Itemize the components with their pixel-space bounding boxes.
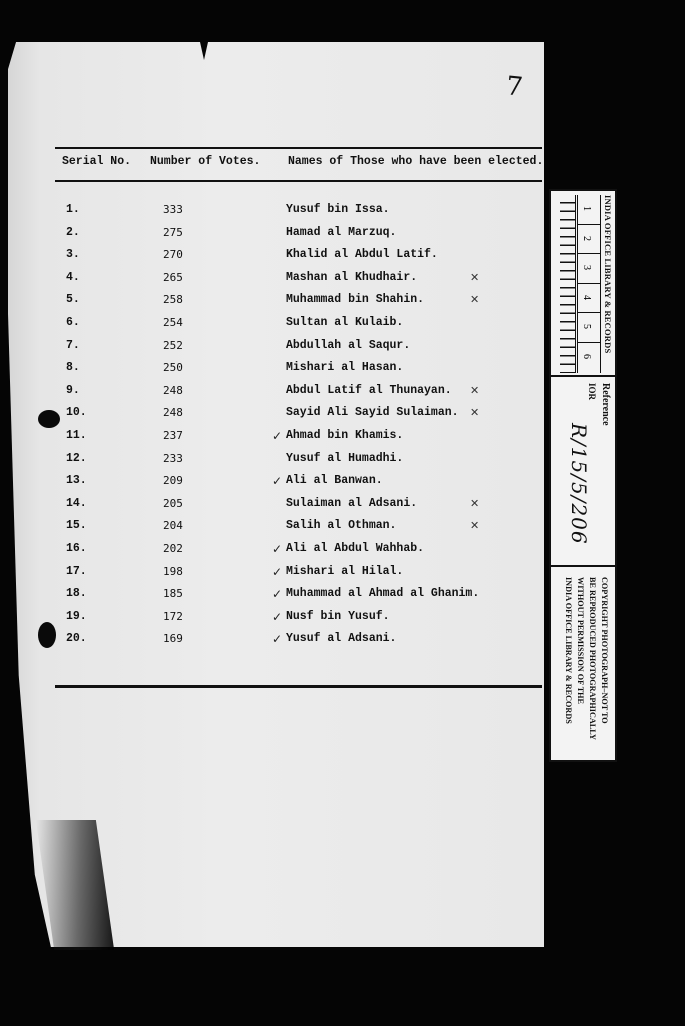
elected-name: Sulaiman al Adsani. — [286, 497, 417, 510]
elected-name: Abdul Latif al Thunayan. — [286, 384, 452, 397]
serial-number: 20. — [66, 632, 87, 645]
serial-number: 12. — [66, 452, 87, 465]
vote-count: 275 — [163, 226, 183, 239]
header-rule-bottom — [55, 180, 542, 182]
table-bottom-rule — [55, 685, 542, 688]
serial-number: 15. — [66, 519, 87, 532]
paper-tear — [200, 42, 208, 60]
serial-number: 16. — [66, 542, 87, 555]
elected-name: Yusuf bin Issa. — [286, 203, 390, 216]
ior-label: IOR — [587, 383, 597, 400]
elected-name: Mishari al Hilal. — [286, 565, 403, 578]
vote-count: 265 — [163, 271, 183, 284]
table-row: 18.185✓Muhammad al Ahmad al Ghanim. — [0, 587, 545, 610]
table-row: 5.258Muhammad bin Shahin.✕ — [0, 293, 545, 316]
table-row: 20.169✓Yusuf al Adsani. — [0, 632, 545, 655]
elected-name: Salih al Othman. — [286, 519, 396, 532]
table-row: 4.265Mashan al Khudhair.✕ — [0, 271, 545, 294]
serial-number: 14. — [66, 497, 87, 510]
elected-name: Ali al Abdul Wahhab. — [286, 542, 424, 555]
scale-number: 2 — [581, 236, 592, 241]
tick-mark-icon: ✓ — [272, 474, 282, 488]
copyright-line: COPYRIGHT PHOTOGRAPH–NOT TO — [599, 577, 609, 724]
cross-mark-icon: ✕ — [470, 406, 479, 419]
cross-mark-icon: ✕ — [470, 384, 479, 397]
scale-number: 4 — [581, 295, 592, 300]
elected-name: Khalid al Abdul Latif. — [286, 248, 438, 261]
vote-count: 333 — [163, 203, 183, 216]
scale-cell: 4 — [578, 284, 600, 314]
vote-count: 198 — [163, 565, 183, 578]
elected-name: Ahmad bin Khamis. — [286, 429, 403, 442]
tick-mark-icon: ✓ — [272, 610, 282, 624]
cross-mark-icon: ✕ — [470, 497, 479, 510]
cross-mark-icon: ✕ — [470, 519, 479, 532]
vote-count: 254 — [163, 316, 183, 329]
elected-name: Muhammad al Ahmad al Ghanim. — [286, 587, 479, 600]
elected-name: Nusf bin Yusuf. — [286, 610, 390, 623]
serial-number: 4. — [66, 271, 80, 284]
scale-cell: 3 — [578, 254, 600, 284]
tick-mark-icon: ✓ — [272, 542, 282, 556]
serial-number: 7. — [66, 339, 80, 352]
vote-count: 248 — [163, 384, 183, 397]
copyright-line: BE REPRODUCED PHOTOGRAPHICALLY — [587, 577, 597, 740]
elected-name: Hamad al Marzuq. — [286, 226, 396, 239]
vote-count: 250 — [163, 361, 183, 374]
table-row: 11.237✓Ahmad bin Khamis. — [0, 429, 545, 452]
vote-count: 169 — [163, 632, 183, 645]
reference-value: R/15/5/206 — [567, 423, 591, 545]
elected-name: Yusuf al Adsani. — [286, 632, 396, 645]
copyright-section: COPYRIGHT PHOTOGRAPH–NOT TO BE REPRODUCE… — [551, 567, 615, 760]
table-row: 15.204Salih al Othman.✕ — [0, 519, 545, 542]
page-number: 7 — [504, 71, 524, 103]
vote-count: 258 — [163, 293, 183, 306]
serial-number: 17. — [66, 565, 87, 578]
elected-name: Ali al Banwan. — [286, 474, 383, 487]
vote-count: 209 — [163, 474, 183, 487]
scale-cell: 2 — [578, 225, 600, 255]
serial-number: 10. — [66, 406, 87, 419]
vote-count: 270 — [163, 248, 183, 261]
copyright-line: INDIA OFFICE LIBRARY & RECORDS — [563, 577, 573, 724]
scale-number: 1 — [581, 206, 592, 211]
vote-count: 252 — [163, 339, 183, 352]
election-table: 1.333Yusuf bin Issa. 2.275Hamad al Marzu… — [0, 203, 545, 655]
serial-number: 19. — [66, 610, 87, 623]
serial-number: 18. — [66, 587, 87, 600]
table-row: 12.233Yusuf al Humadhi. — [0, 452, 545, 475]
vote-count: 237 — [163, 429, 183, 442]
tick-mark-icon: ✓ — [272, 632, 282, 646]
reference-section: Reference IOR R/15/5/206 — [551, 377, 615, 567]
header-rule-top — [55, 147, 542, 149]
table-row: 17.198✓Mishari al Hilal. — [0, 565, 545, 588]
scale-number: 6 — [581, 354, 592, 359]
elected-name: Yusuf al Humadhi. — [286, 452, 403, 465]
scale-number: 3 — [581, 265, 592, 270]
serial-number: 6. — [66, 316, 80, 329]
serial-number: 11. — [66, 429, 87, 442]
elected-name: Mishari al Hasan. — [286, 361, 403, 374]
vote-count: 185 — [163, 587, 183, 600]
elected-name: Sultan al Kulaib. — [286, 316, 403, 329]
table-row: 8.250Mishari al Hasan. — [0, 361, 545, 384]
table-row: 3.270Khalid al Abdul Latif. — [0, 248, 545, 271]
elected-name: Mashan al Khudhair. — [286, 271, 417, 284]
scale-cell: 6 — [578, 343, 600, 373]
scale-number-cells: 1 2 3 4 5 6 — [577, 195, 601, 373]
table-row: 13.209✓Ali al Banwan. — [0, 474, 545, 497]
table-row: 2.275Hamad al Marzuq. — [0, 226, 545, 249]
tick-mark-icon: ✓ — [272, 429, 282, 443]
table-row: 9.248Abdul Latif al Thunayan.✕ — [0, 384, 545, 407]
cross-mark-icon: ✕ — [470, 271, 479, 284]
table-row: 19.172✓Nusf bin Yusuf. — [0, 610, 545, 633]
elected-name: Muhammad bin Shahin. — [286, 293, 424, 306]
table-row: 1.333Yusuf bin Issa. — [0, 203, 545, 226]
header-names: Names of Those who have been elected. — [288, 155, 543, 168]
table-row: 7.252Abdullah al Saqur. — [0, 339, 545, 362]
serial-number: 5. — [66, 293, 80, 306]
elected-name: Abdullah al Saqur. — [286, 339, 410, 352]
table-row: 14.205Sulaiman al Adsani.✕ — [0, 497, 545, 520]
vote-count: 205 — [163, 497, 183, 510]
cross-mark-icon: ✕ — [470, 293, 479, 306]
reference-label: Reference — [600, 383, 611, 426]
serial-number: 13. — [66, 474, 87, 487]
vote-count: 204 — [163, 519, 183, 532]
archive-title: INDIA OFFICE LIBRARY & RECORDS — [603, 195, 613, 353]
serial-number: 1. — [66, 203, 80, 216]
scale-number: 5 — [581, 324, 592, 329]
archive-reference-strip: 1 2 3 4 5 6 INDIA OFFICE LIBRARY & RECOR… — [549, 189, 617, 762]
table-row: 10.248Sayid Ali Sayid Sulaiman.✕ — [0, 406, 545, 429]
vote-count: 248 — [163, 406, 183, 419]
vote-count: 233 — [163, 452, 183, 465]
header-votes: Number of Votes. — [150, 155, 260, 168]
scale-cell: 5 — [578, 313, 600, 343]
vote-count: 172 — [163, 610, 183, 623]
header-serial: Serial No. — [62, 155, 131, 168]
tick-mark-icon: ✓ — [272, 587, 282, 601]
serial-number: 9. — [66, 384, 80, 397]
ruler-scale — [553, 195, 576, 373]
vote-count: 202 — [163, 542, 183, 555]
copyright-line: WITHOUT PERMISSION OF THE — [575, 577, 585, 704]
scale-section: 1 2 3 4 5 6 INDIA OFFICE LIBRARY & RECOR… — [551, 191, 615, 377]
serial-number: 2. — [66, 226, 80, 239]
tick-mark-icon: ✓ — [272, 565, 282, 579]
table-header: Serial No. Number of Votes. Names of Tho… — [60, 155, 545, 175]
table-row: 16.202✓Ali al Abdul Wahhab. — [0, 542, 545, 565]
scale-cell: 1 — [578, 195, 600, 225]
table-row: 6.254Sultan al Kulaib. — [0, 316, 545, 339]
elected-name: Sayid Ali Sayid Sulaiman. — [286, 406, 459, 419]
serial-number: 3. — [66, 248, 80, 261]
serial-number: 8. — [66, 361, 80, 374]
